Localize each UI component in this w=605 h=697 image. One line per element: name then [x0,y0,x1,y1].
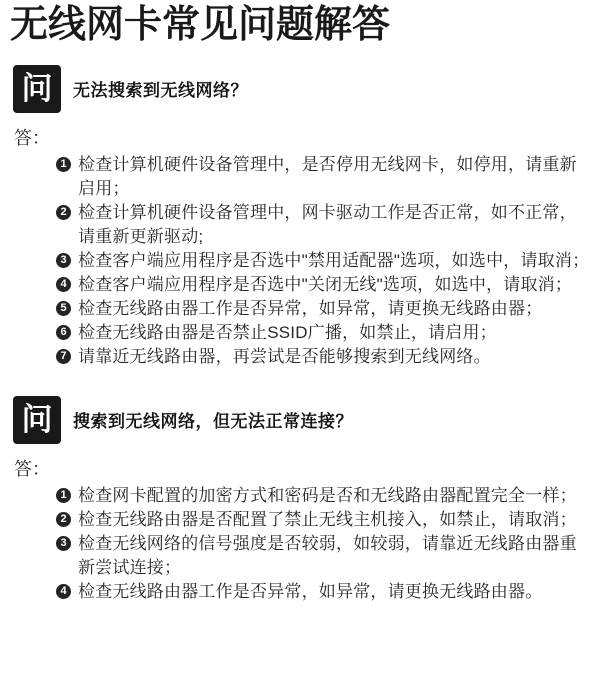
question-text: 搜索到无线网络，但无法正常连接？ [73,407,353,432]
answer-list: 1检查计算机硬件设备管理中，是否停用无线网卡，如停用，请重新启用；2检查计算机硬… [56,153,593,369]
question-row: 问 无法搜索到无线网络？ [13,65,593,113]
answer-item-text: 请靠近无线路由器，再尝试是否能够搜索到无线网络。 [78,345,491,369]
answer-item: 7请靠近无线路由器，再尝试是否能够搜索到无线网络。 [56,345,593,369]
answer-item-text: 检查无线网络的信号强度是否较弱，如较弱，请靠近无线路由器重新尝试连接； [78,532,593,580]
numbered-bullet: 6 [56,325,71,340]
numbered-bullet: 3 [56,536,71,551]
question-icon: 问 [13,396,61,444]
answer-item-text: 检查客户端应用程序是否选中"关闭无线"选项，如选中，请取消； [78,273,572,297]
page-title: 无线网卡常见问题解答 [10,4,593,47]
answer-item-text: 检查计算机硬件设备管理中，是否停用无线网卡，如停用，请重新启用； [78,153,593,201]
answer-item: 3检查无线网络的信号强度是否较弱，如较弱，请靠近无线路由器重新尝试连接； [56,532,593,580]
question-text: 无法搜索到无线网络？ [73,76,248,101]
answer-item: 1检查网卡配置的加密方式和密码是否和无线路由器配置完全一样； [56,484,593,508]
answer-item: 3检查客户端应用程序是否选中"禁用适配器"选项，如选中，请取消； [56,249,593,273]
answer-list: 1检查网卡配置的加密方式和密码是否和无线路由器配置完全一样；2检查无线路由器是否… [56,484,593,604]
numbered-bullet: 4 [56,584,71,599]
numbered-bullet: 2 [56,512,71,527]
answer-item-text: 检查计算机硬件设备管理中，网卡驱动工作是否正常，如不正常，请重新更新驱动; [78,201,593,249]
answer-item: 5检查无线路由器工作是否异常，如异常，请更换无线路由器； [56,297,593,321]
qa-section-1: 问 无法搜索到无线网络？ 答： 1检查计算机硬件设备管理中，是否停用无线网卡，如… [10,65,593,369]
answer-item-text: 检查无线路由器是否配置了禁止无线主机接入，如禁止，请取消； [78,508,577,532]
numbered-bullet: 5 [56,301,71,316]
answer-item: 6检查无线路由器是否禁止SSID广播，如禁止，请启用； [56,321,593,345]
numbered-bullet: 1 [56,488,71,503]
answer-item: 4检查无线路由器工作是否异常，如异常，请更换无线路由器。 [56,580,593,604]
question-row: 问 搜索到无线网络，但无法正常连接？ [13,396,593,444]
question-icon-glyph: 问 [22,404,53,435]
answer-item: 4检查客户端应用程序是否选中"关闭无线"选项，如选中，请取消； [56,273,593,297]
numbered-bullet: 2 [56,205,71,220]
answer-item-text: 检查网卡配置的加密方式和密码是否和无线路由器配置完全一样； [78,484,577,508]
answer-item: 1检查计算机硬件设备管理中，是否停用无线网卡，如停用，请重新启用； [56,153,593,201]
numbered-bullet: 4 [56,277,71,292]
question-icon: 问 [13,65,61,113]
answer-item-text: 检查无线路由器工作是否异常，如异常，请更换无线路由器。 [78,580,542,604]
question-icon-glyph: 问 [22,73,53,104]
answer-item: 2检查无线路由器是否配置了禁止无线主机接入，如禁止，请取消； [56,508,593,532]
answer-item-text: 检查无线路由器工作是否异常，如异常，请更换无线路由器； [78,297,542,321]
answer-label: 答： [14,455,593,481]
answer-item-text: 检查客户端应用程序是否选中"禁用适配器"选项，如选中，请取消； [78,249,589,273]
numbered-bullet: 3 [56,253,71,268]
answer-label: 答： [14,124,593,150]
answer-item-text: 检查无线路由器是否禁止SSID广播，如禁止，请启用； [78,321,497,345]
qa-section-2: 问 搜索到无线网络，但无法正常连接？ 答： 1检查网卡配置的加密方式和密码是否和… [10,396,593,604]
faq-page: 无线网卡常见问题解答 问 无法搜索到无线网络？ 答： 1检查计算机硬件设备管理中… [0,0,605,604]
numbered-bullet: 1 [56,157,71,172]
answer-item: 2检查计算机硬件设备管理中，网卡驱动工作是否正常，如不正常，请重新更新驱动; [56,201,593,249]
numbered-bullet: 7 [56,349,71,364]
